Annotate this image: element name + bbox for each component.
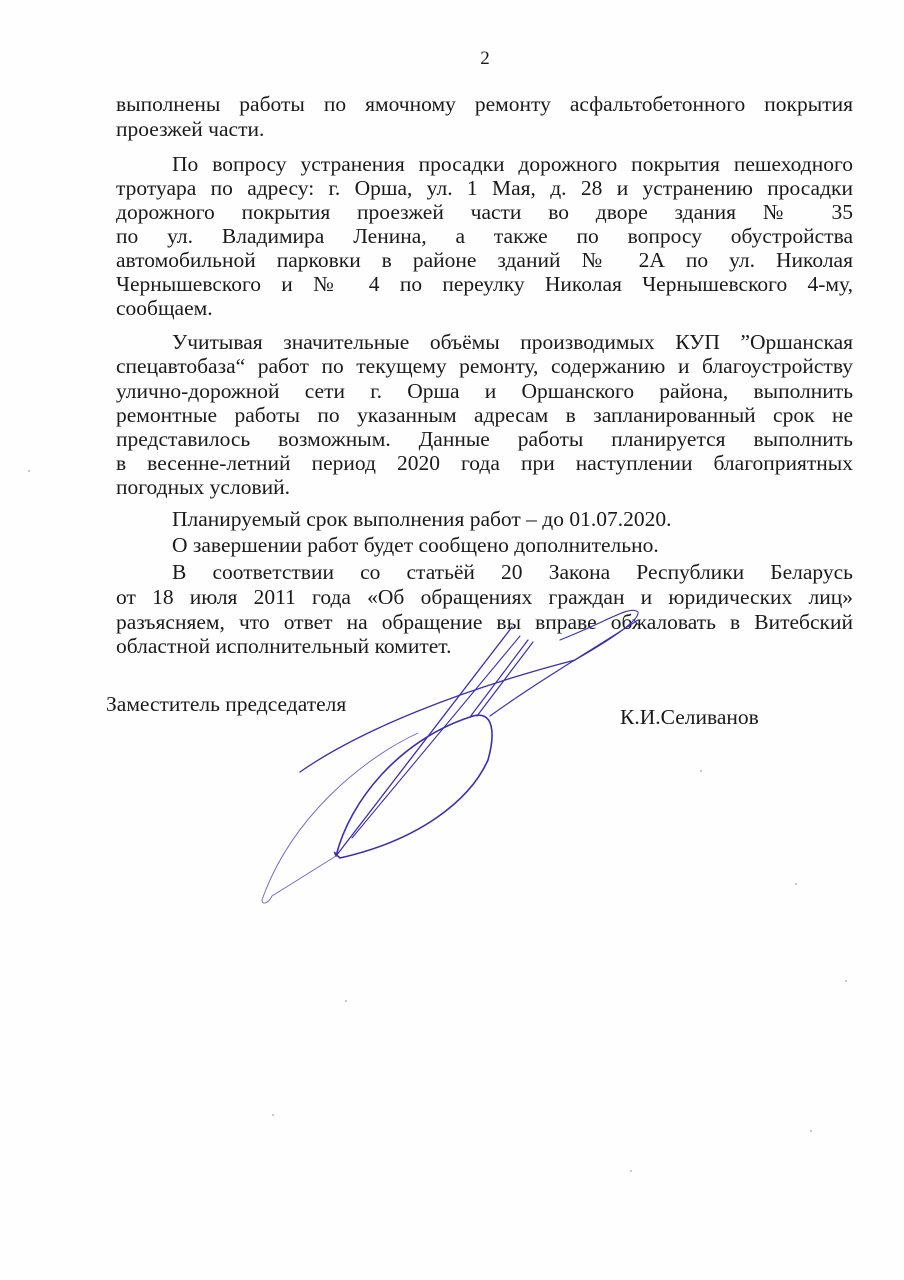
paragraph-line: разъясняем, что ответ на обращение вы вп… xyxy=(116,610,853,634)
scan-speck xyxy=(345,1000,347,1002)
signatory-position: Заместитель председателя xyxy=(106,692,346,716)
paragraph-line: представилось возможным. Данные работы п… xyxy=(116,427,853,451)
scan-speck xyxy=(700,770,702,772)
paragraph-line: О завершении работ будет сообщено дополн… xyxy=(172,533,853,557)
paragraph-line: погодных условий. xyxy=(116,475,853,499)
scan-speck xyxy=(845,980,847,982)
paragraph-line: в весенне-летний период 2020 года при на… xyxy=(116,451,853,475)
paragraph-line: спецавтобаза“ работ по текущему ремонту,… xyxy=(116,354,853,378)
scan-speck xyxy=(795,883,797,885)
paragraph-line: автомобильной парковки в районе зданий №… xyxy=(116,248,853,272)
document-page: 2 выполнены работы по ямочному ремонту а… xyxy=(0,0,904,1280)
paragraph-line: проезжей части. xyxy=(116,117,853,141)
paragraph-line: Учитывая значительные объёмы производимы… xyxy=(172,330,853,354)
paragraph-line: сообщаем. xyxy=(116,296,853,320)
scan-speck xyxy=(810,1130,812,1132)
paragraph-line: от 18 июля 2011 года «Об обращениях граж… xyxy=(116,585,853,609)
paragraph-line: Чернышевского и № 4 по переулку Николая … xyxy=(116,272,853,296)
page-number: 2 xyxy=(0,48,904,70)
paragraph-line: улично-дорожной сети г. Орша и Оршанског… xyxy=(116,379,853,403)
paragraph-line: По вопросу устранения просадки дорожного… xyxy=(172,152,853,176)
paragraph-line: по ул. Владимира Ленина, а также по вопр… xyxy=(116,224,853,248)
paragraph-line: областной исполнительный комитет. xyxy=(116,634,853,658)
scan-speck xyxy=(630,1170,632,1172)
paragraph-line: тротуара по адресу: г. Орша, ул. 1 Мая, … xyxy=(116,176,853,200)
paragraph-line: Планируемый срок выполнения работ – до 0… xyxy=(172,507,853,531)
paragraph-line: дорожного покрытия проезжей части во дво… xyxy=(116,200,853,224)
signatory-name: К.И.Селиванов xyxy=(620,705,759,729)
paragraph-line: выполнены работы по ямочному ремонту асф… xyxy=(116,92,853,116)
paragraph-line: ремонтные работы по указанным адресам в … xyxy=(116,403,853,427)
scan-speck xyxy=(272,1114,274,1116)
scan-speck xyxy=(28,470,30,472)
paragraph-line: В соответствии со статьёй 20 Закона Респ… xyxy=(172,560,853,584)
